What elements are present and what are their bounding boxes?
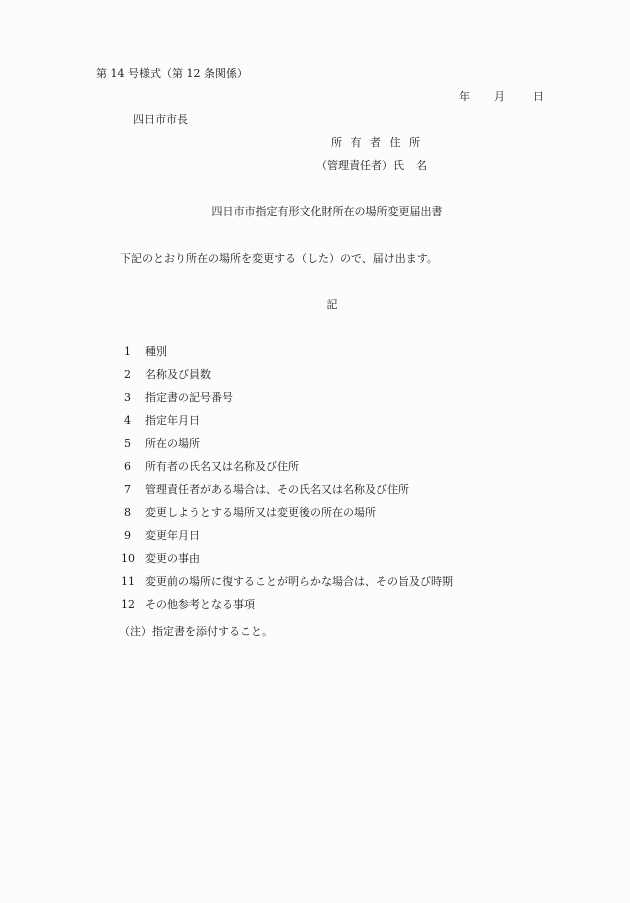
item-text: その他参考となる事項 xyxy=(145,598,255,621)
form-number: 第 14 号様式（第 12 条関係） xyxy=(96,67,248,81)
item-text: 変更の事由 xyxy=(145,552,200,575)
item-text: 種別 xyxy=(145,345,167,368)
owner-name-line: （管理責任者）氏名 xyxy=(316,159,427,173)
note-text: （注）指定書を添付すること。 xyxy=(119,625,273,639)
item-number: 4 xyxy=(121,414,145,437)
item-text: 指定年月日 xyxy=(145,414,200,437)
list-item: 3指定書の記号番号 xyxy=(121,391,453,414)
item-number: 12 xyxy=(121,598,145,621)
list-item: 6所有者の氏名又は名称及び住所 xyxy=(121,460,453,483)
date-month-label: 月 xyxy=(494,90,505,104)
item-number: 6 xyxy=(121,460,145,483)
item-text: 指定書の記号番号 xyxy=(145,391,233,414)
item-text: 所有者の氏名又は名称及び住所 xyxy=(145,460,299,483)
owner-address-label: 所有者住所 xyxy=(331,136,429,150)
intro-text: 下記のとおり所在の場所を変更する（した）ので、届け出ます。 xyxy=(120,252,438,266)
date-year-label: 年 xyxy=(459,90,470,104)
item-number: 8 xyxy=(121,506,145,529)
list-item: 1種別 xyxy=(121,345,453,368)
list-item: 9変更年月日 xyxy=(121,529,453,552)
owner-name-label-1: 氏 xyxy=(393,159,404,172)
item-text: 管理責任者がある場合は、その氏名又は名称及び住所 xyxy=(145,483,409,506)
ki-heading: 記 xyxy=(0,298,630,312)
list-item: 7管理責任者がある場合は、その氏名又は名称及び住所 xyxy=(121,483,453,506)
list-item: 12その他参考となる事項 xyxy=(121,598,453,621)
list-item: 4指定年月日 xyxy=(121,414,453,437)
item-number: 11 xyxy=(121,575,145,598)
list-item: 8変更しようとする場所又は変更後の所在の場所 xyxy=(121,506,453,529)
item-text: 所在の場所 xyxy=(145,437,200,460)
item-number: 5 xyxy=(121,437,145,460)
item-number: 10 xyxy=(121,552,145,575)
date-day-label: 日 xyxy=(533,90,544,104)
addressee: 四日市市長 xyxy=(133,113,188,127)
document-title: 四日市市指定有形文化財所在の場所変更届出書 xyxy=(0,205,630,219)
list-item: 10変更の事由 xyxy=(121,552,453,575)
list-item: 11変更前の場所に復することが明らかな場合は、その旨及び時期 xyxy=(121,575,453,598)
item-number: 2 xyxy=(121,368,145,391)
item-text: 変更年月日 xyxy=(145,529,200,552)
item-text: 名称及び員数 xyxy=(145,368,211,391)
item-text: 変更しようとする場所又は変更後の所在の場所 xyxy=(145,506,376,529)
item-number: 3 xyxy=(121,391,145,414)
owner-name-label-2: 名 xyxy=(416,159,427,172)
owner-name-prefix: （管理責任者） xyxy=(316,159,393,172)
item-list: 1種別 2名称及び員数 3指定書の記号番号 4指定年月日 5所在の場所 6所有者… xyxy=(121,345,453,621)
list-item: 2名称及び員数 xyxy=(121,368,453,391)
item-text: 変更前の場所に復することが明らかな場合は、その旨及び時期 xyxy=(145,575,453,598)
item-number: 1 xyxy=(121,345,145,368)
item-number: 9 xyxy=(121,529,145,552)
list-item: 5所在の場所 xyxy=(121,437,453,460)
item-number: 7 xyxy=(121,483,145,506)
